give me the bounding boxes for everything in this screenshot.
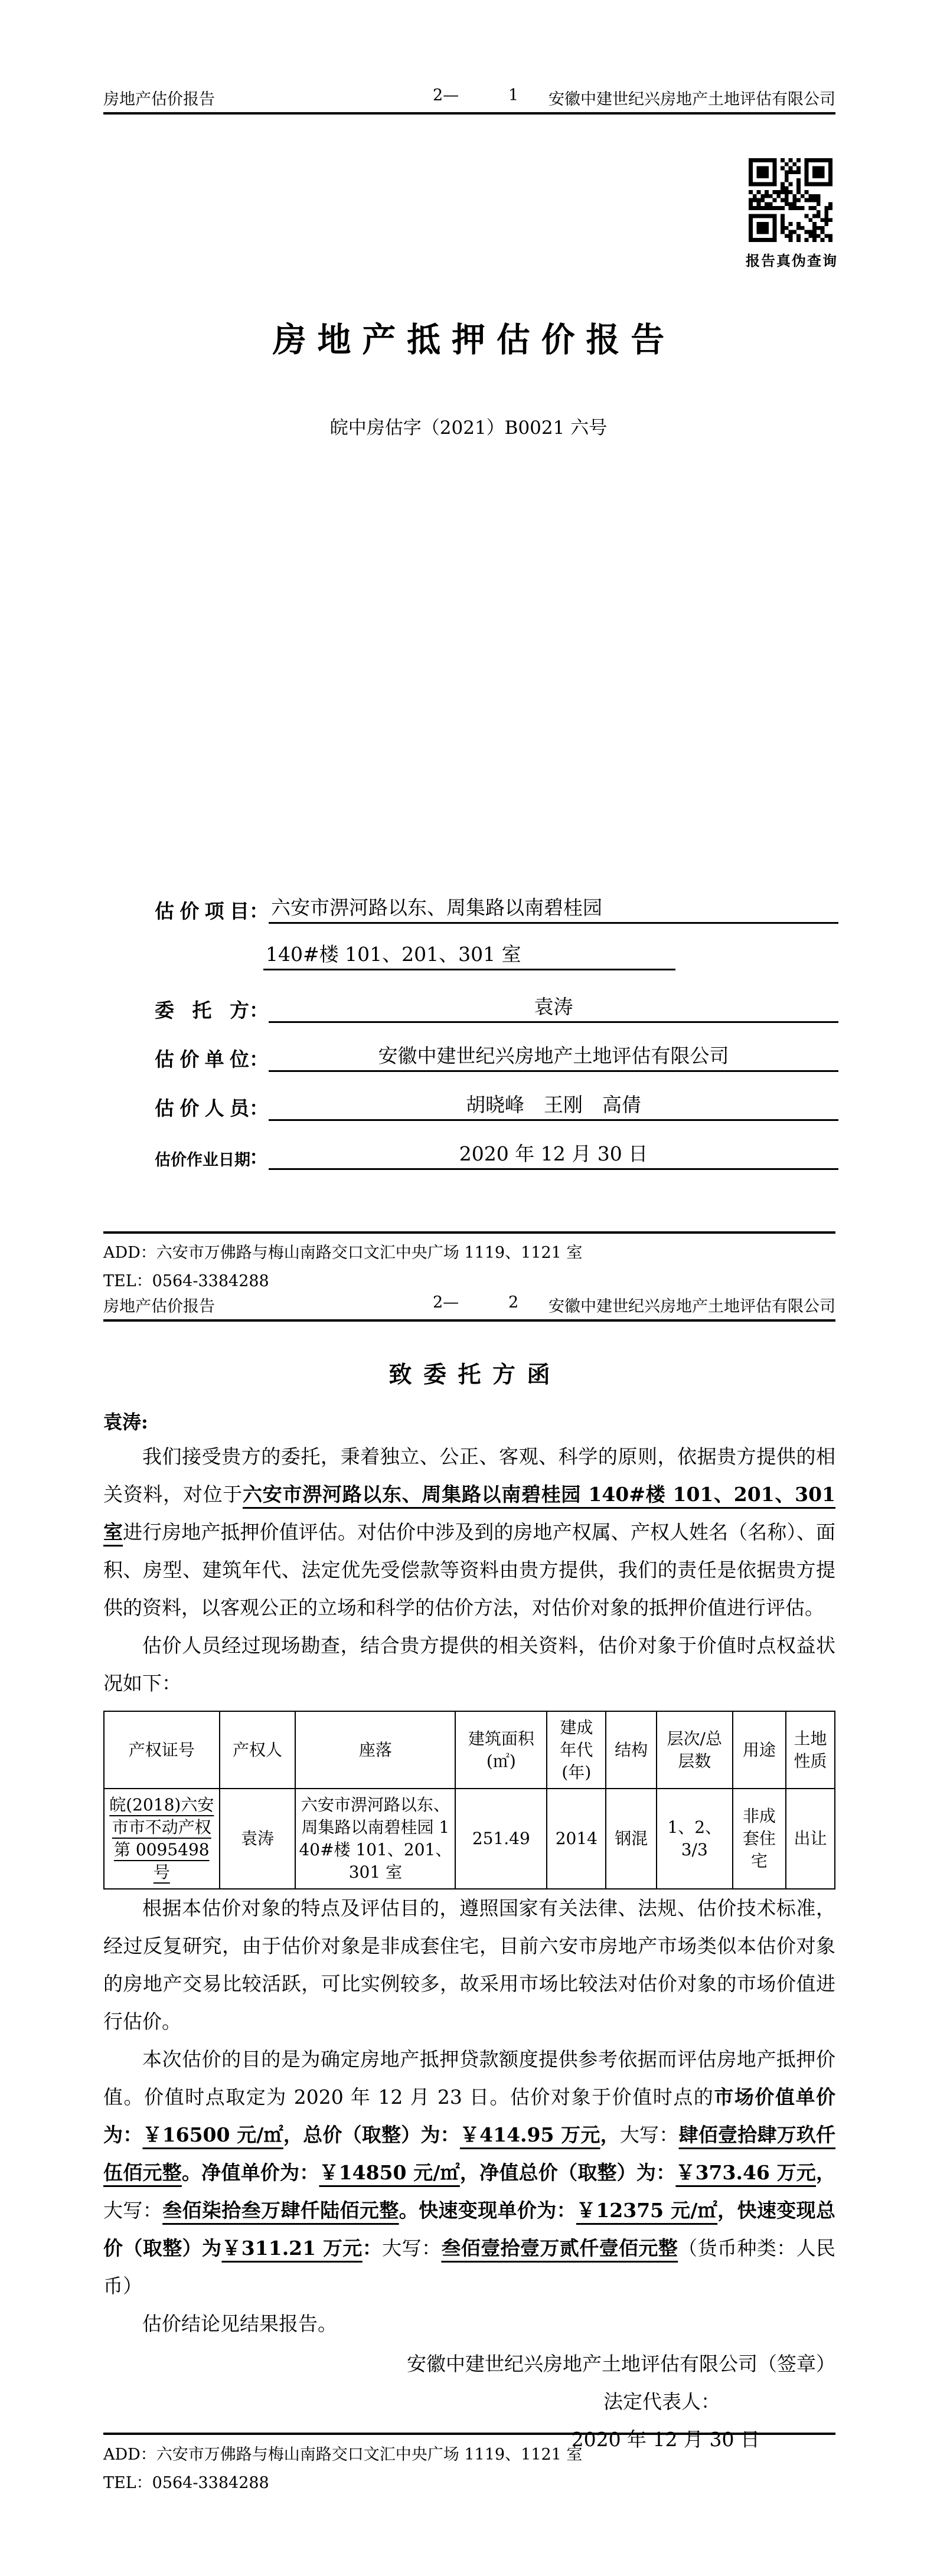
- form-value-project-line1: 六安市淠河路以东、周集路以南碧桂园: [269, 893, 838, 924]
- letter-title: 致委托方函: [103, 1356, 835, 1390]
- page1-footer-divider: [103, 1231, 835, 1234]
- form-row-client: 委托方： 袁涛: [155, 992, 838, 1023]
- page1-header: 房地产估价报告 2— 1 安徽中建世纪兴房地产土地评估有限公司: [103, 86, 835, 110]
- form-value-agency: 安徽中建世纪兴房地产土地评估有限公司: [269, 1041, 838, 1072]
- form-colon: ：: [249, 896, 269, 924]
- form-row-project: 估价项目： 六安市淠河路以东、周集路以南碧桂园: [155, 893, 838, 924]
- form-row-appraisers: 估价人员： 胡晓峰 王刚 高倩: [155, 1090, 838, 1121]
- form-value-project-line2: 140#楼 101、201、301 室: [263, 939, 675, 970]
- form-row-project-line2: 140#楼 101、201、301 室: [155, 939, 838, 970]
- form-value-appraisers: 胡晓峰 王刚 高倩: [269, 1090, 838, 1121]
- footer-address: ADD：六安市万佛路与梅山南路交口文汇中央广场 1119、1121 室: [103, 2441, 582, 2464]
- table-header-row: 产权证号产权人座落建筑面积 (㎡)建成 年代 (年)结构层次/总 层数用途土地 …: [104, 1711, 835, 1789]
- header-page-number: 2: [508, 1293, 518, 1312]
- qr-caption: 报告真伪查询: [746, 249, 835, 270]
- header-page-prefix: 2—: [433, 86, 459, 104]
- form-row-agency: 估价单位： 安徽中建世纪兴房地产土地评估有限公司: [155, 1041, 838, 1072]
- letter-paragraph-4: 本次估价的目的是为确定房地产抵押贷款额度提供参考依据而评估房地产抵押价值。价值时…: [103, 2041, 835, 2305]
- header-company-name: 安徽中建世纪兴房地产土地评估有限公司: [549, 86, 835, 109]
- footer-phone: TEL：0564-3384288: [103, 2470, 269, 2493]
- header-doc-type: 房地产估价报告: [103, 86, 215, 109]
- footer-phone: TEL：0564-3384288: [103, 1268, 269, 1291]
- header-page-number: 1: [508, 86, 518, 104]
- form-value-client: 袁涛: [269, 992, 838, 1023]
- cover-form: 估价项目： 六安市淠河路以东、周集路以南碧桂园 140#楼 101、201、30…: [155, 893, 838, 1170]
- form-colon: ：: [249, 1044, 269, 1072]
- form-colon: ：: [249, 995, 269, 1023]
- form-label-agency: 估价单位: [155, 1044, 249, 1072]
- header-doc-type: 房地产估价报告: [103, 1293, 215, 1316]
- letter-salutation: 袁涛:: [103, 1407, 835, 1434]
- report-document: 房地产估价报告 2— 1 安徽中建世纪兴房地产土地评估有限公司 报告真伪查询 房…: [0, 0, 937, 2576]
- page2-header: 房地产估价报告 2— 2 安徽中建世纪兴房地产土地评估有限公司: [103, 1293, 835, 1317]
- qr-block: 报告真伪查询: [746, 158, 835, 270]
- table-data-row: 皖(2018)六安市市不动产权第 0095498 号袁涛六安市淠河路以东、周集路…: [104, 1789, 835, 1888]
- form-colon: ：: [249, 1093, 269, 1121]
- header-company-name: 安徽中建世纪兴房地产土地评估有限公司: [549, 1293, 835, 1316]
- report-doc-number: 皖中房估字（2021）B0021 六号: [0, 413, 937, 439]
- footer-address: ADD：六安市万佛路与梅山南路交口文汇中央广场 1119、1121 室: [103, 1240, 582, 1263]
- signature-company: 安徽中建世纪兴房地产土地评估有限公司（签章）: [103, 2345, 835, 2383]
- qr-code: [749, 158, 832, 242]
- report-title: 房地产抵押估价报告: [0, 313, 937, 361]
- letter-paragraph-3: 根据本估价对象的特点及评估目的，遵照国家有关法律、法规、估价技术标准，经过反复研…: [103, 1889, 835, 2041]
- page2-footer-divider: [103, 2433, 835, 2435]
- form-label-project: 估价项目: [155, 896, 249, 924]
- form-label-client: 委托方: [155, 995, 249, 1023]
- letter-paragraph-5: 估价结论见结果报告。: [103, 2305, 835, 2343]
- header-divider: [103, 1319, 835, 1322]
- signature-legal-representative: 法定代表人：: [103, 2383, 835, 2421]
- header-page-prefix: 2—: [433, 1293, 459, 1312]
- letter-to-client: 致委托方函 袁涛: 我们接受贵方的委托，秉着独立、公正、客观、科学的原则，依据贵…: [103, 1352, 835, 2459]
- form-colon: ：: [249, 1142, 269, 1170]
- letter-paragraph-2: 估价人员经过现场勘查，结合贵方提供的相关资料，估价对象于价值时点权益状况如下：: [103, 1627, 835, 1702]
- form-row-date: 估价作业日期： 2020 年 12 月 30 日: [155, 1139, 838, 1170]
- header-divider: [103, 112, 835, 115]
- form-value-date: 2020 年 12 月 30 日: [269, 1139, 838, 1170]
- letter-paragraph-1: 我们接受贵方的委托，秉着独立、公正、客观、科学的原则，依据贵方提供的相关资料，对…: [103, 1438, 835, 1627]
- form-label-appraisers: 估价人员: [155, 1093, 249, 1121]
- appraisal-table: 产权证号产权人座落建筑面积 (㎡)建成 年代 (年)结构层次/总 层数用途土地 …: [103, 1711, 835, 1889]
- form-label-date: 估价作业日期: [155, 1147, 249, 1170]
